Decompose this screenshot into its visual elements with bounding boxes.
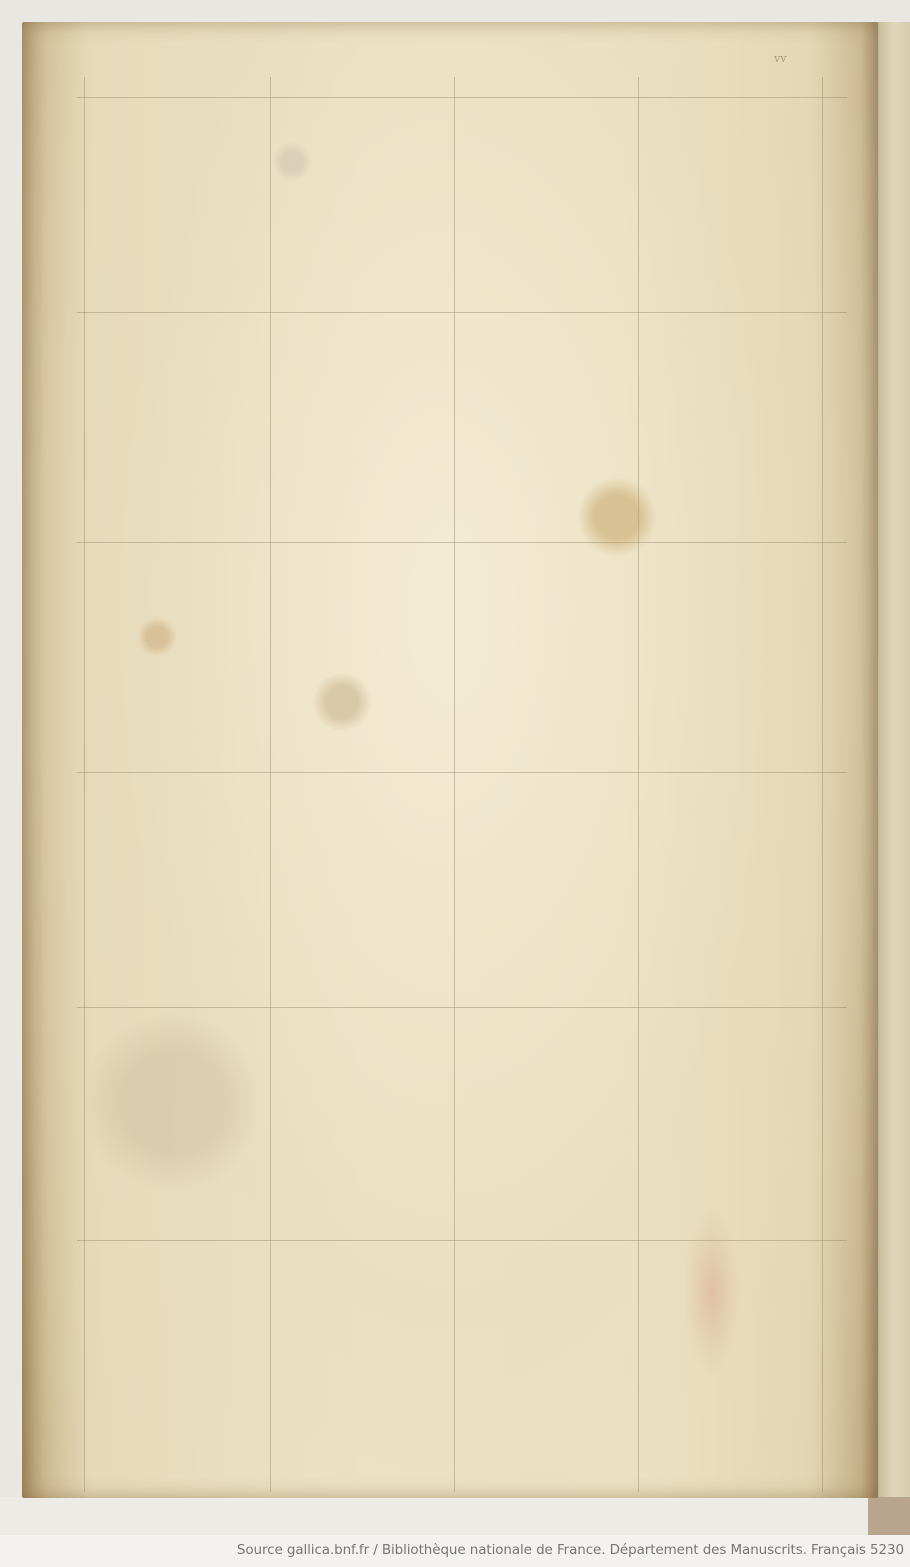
source-caption: Source gallica.bnf.fr / Bibliothèque nat… bbox=[237, 1542, 904, 1558]
ruling-line-vertical bbox=[638, 77, 639, 1492]
backing-sheet bbox=[0, 1497, 868, 1535]
ruling-line-horizontal bbox=[77, 772, 847, 773]
corner-mark: vv bbox=[774, 52, 786, 65]
ruling-line-vertical bbox=[822, 77, 823, 1492]
ruling-line-horizontal bbox=[77, 1007, 847, 1008]
ruling-line-horizontal bbox=[77, 1240, 847, 1241]
ruling-line-vertical bbox=[84, 77, 85, 1492]
ruling-line-horizontal bbox=[77, 542, 847, 543]
scan-area: vv bbox=[0, 0, 910, 1535]
ruling-line-horizontal bbox=[77, 97, 847, 98]
ruling-line-horizontal bbox=[77, 312, 847, 313]
ruling-line-vertical bbox=[454, 77, 455, 1492]
manuscript-folio: vv bbox=[22, 22, 878, 1498]
ruling-line-vertical bbox=[270, 77, 271, 1492]
